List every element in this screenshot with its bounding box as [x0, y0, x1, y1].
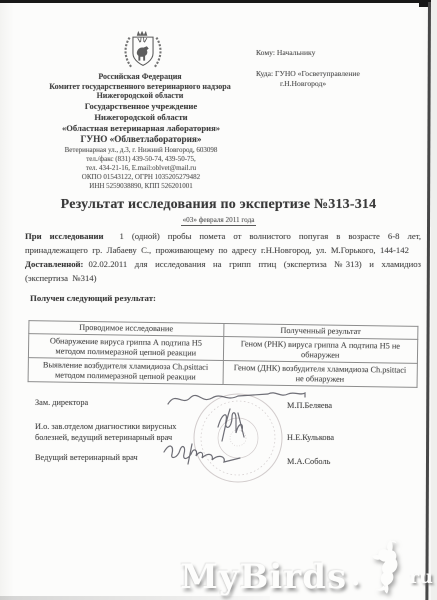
document-date-text: «03» февраля 2011 года — [181, 216, 257, 226]
round-stamp-icon — [194, 394, 282, 482]
institution-line1: Государственное учреждение — [10, 101, 272, 112]
coat-of-arms-icon — [121, 29, 165, 73]
paragraph-delivered-text: 02.02.2011 для исследования на грипп пти… — [25, 259, 421, 283]
institution-address: Ветеринарная ул., д.3, г. Нижний Новгоро… — [10, 146, 272, 155]
stamp-and-signatures — [148, 387, 323, 485]
institution-codes2: ИНН 5259038890, КПП 526201001 — [10, 182, 272, 191]
addressee-where-line1: Куда: ГУНО «Госветуправление — [256, 69, 360, 78]
scan-top-edge — [0, 0, 437, 3]
scanned-document: Российская Федерация Комитет государстве… — [0, 0, 437, 600]
watermark-text: MyBirds — [180, 560, 347, 594]
country-name: Российская Федерация — [15, 72, 265, 82]
cell-test-2: Выявление возбудителя хламидиоза Ch.psit… — [28, 358, 223, 385]
cell-result-1: Геном (РНК) вируса гриппа А подтипа Н5 н… — [223, 337, 418, 364]
parrot-icon — [361, 536, 413, 596]
issuing-authority-block: Российская Федерация Комитет государстве… — [15, 72, 265, 101]
watermark: MyBirds . ru — [180, 536, 433, 594]
institution-line2: Нижегородской области — [10, 112, 272, 123]
watermark-dot: . — [351, 562, 360, 592]
addressee-to: Кому: Начальнику — [256, 48, 416, 57]
institution-line3: «Областная ветеринарная лаборатория» — [10, 123, 272, 134]
paragraph-investigation: При исследовании1 (одной) пробы помета о… — [25, 229, 421, 257]
institution-codes1: ОКПО 01543122, ОГРН 1035205279482 — [10, 173, 272, 182]
document-date: «03» февраля 2011 года — [0, 216, 437, 224]
institution-line4: ГУНО «Облветлаборатория» — [10, 134, 272, 145]
institution-phone2: тел. 434-21-16, E.mail:oblvet@mail.ru — [10, 164, 272, 173]
paragraph-delivered: Доставленной:02.02.2011 для исследования… — [25, 257, 421, 285]
paragraph-investigation-lead: При исследовании — [25, 231, 104, 241]
result-intro: Получен следующий результат: — [30, 293, 156, 303]
results-table: Проводимое исследование Полученный резул… — [28, 320, 419, 388]
addressee-where: Куда: ГУНО «Госветуправление г.Н.Новгоро… — [256, 69, 416, 89]
committee-name-line1: Комитет государственного ветеринарного н… — [15, 82, 265, 92]
table-row: Выявление возбудителя хламидиоза Ch.psit… — [28, 358, 417, 388]
cell-result-2: Геном (ДНК) возбудителя хламидиоза Ch.ps… — [223, 360, 418, 387]
institution-block: Государственное учреждение Нижегородской… — [10, 101, 272, 191]
committee-name-line2: Нижегородской области — [15, 91, 265, 101]
cell-test-1: Обнаружение вируса гриппа А подтипа Н5 м… — [28, 334, 223, 361]
body-text: При исследовании1 (одной) пробы помета о… — [25, 229, 421, 285]
paragraph-delivered-lead: Доставленной: — [25, 259, 83, 269]
document-title: Результат исследования по экспертизе №31… — [0, 197, 437, 213]
addressee-where-line2: г.Н.Новгород» — [256, 79, 416, 89]
signature-strokes — [164, 393, 305, 464]
scan-right-strip — [431, 0, 437, 600]
institution-phone1: тел./факс (831) 439-50-74, 439-50-75, — [10, 155, 272, 164]
